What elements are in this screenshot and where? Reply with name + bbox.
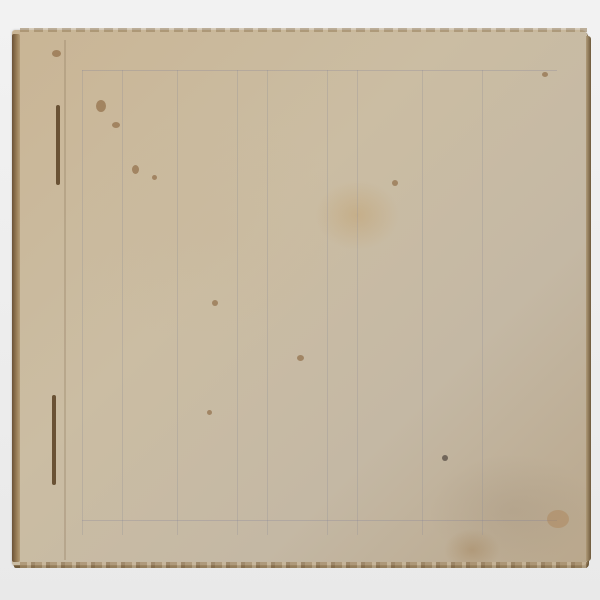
stain-spot (96, 100, 106, 112)
booklet-spine (12, 34, 20, 562)
stain-spot (392, 180, 398, 186)
paper-booklet (12, 30, 587, 565)
ruled-line-horizontal (82, 520, 557, 521)
ruled-line (422, 70, 423, 535)
stain-spot (132, 165, 139, 174)
ruled-line (267, 70, 268, 535)
ruled-line (122, 70, 123, 535)
stain-spot (547, 510, 569, 528)
binding-stitch-bottom (52, 395, 56, 485)
stain-spot (212, 300, 218, 306)
ruled-line (327, 70, 328, 535)
stain-spot (152, 175, 157, 180)
binding-fold (64, 40, 66, 560)
stain-spot (442, 455, 448, 461)
ruled-line (177, 70, 178, 535)
ruled-line-horizontal (82, 70, 557, 71)
binding-stitch-top (56, 105, 60, 185)
stain-spot (52, 50, 61, 57)
stain-spot (207, 410, 212, 415)
deckle-edge-top (20, 28, 587, 32)
stain-spot (542, 72, 548, 77)
ruled-line (237, 70, 238, 535)
ruled-line (357, 70, 358, 535)
ruled-line (482, 70, 483, 535)
page-stack-edge (586, 36, 591, 561)
visible-text (12, 30, 13, 31)
stain-spot (112, 122, 120, 128)
ruled-line (82, 70, 83, 535)
deckle-edge-bottom (20, 562, 587, 568)
stain-spot (297, 355, 304, 361)
